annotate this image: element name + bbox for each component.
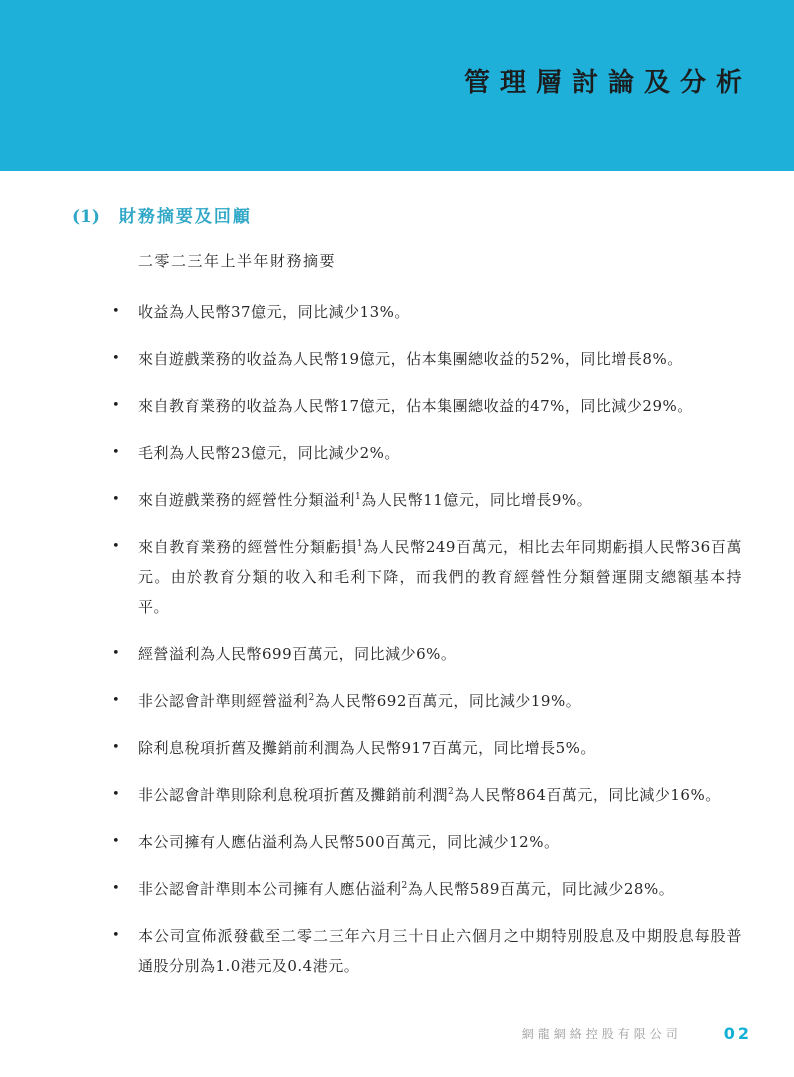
page-title: 管理層討論及分析 — [464, 62, 752, 99]
list-item: •本公司宣佈派發截至二零二三年六月三十日止六個月之中期特別股息及中期股息每股普通… — [110, 921, 742, 981]
list-item: •毛利為人民幣23億元，同比減少2%。 — [110, 438, 742, 468]
bullet-icon: • — [112, 827, 120, 857]
list-item: •本公司擁有人應佔溢利為人民幣500百萬元，同比減少12%。 — [110, 827, 742, 857]
page-footer: 網龍網絡控股有限公司 02 — [522, 1024, 752, 1043]
list-item: •非公認會計準則本公司擁有人應佔溢利2為人民幣589百萬元，同比減少28%。 — [110, 874, 742, 904]
bullet-icon: • — [112, 874, 120, 904]
financial-summary-list: •收益為人民幣37億元，同比減少13%。•來自遊戲業務的收益為人民幣19億元，佔… — [110, 297, 742, 998]
bullet-icon: • — [112, 921, 120, 951]
list-item: •收益為人民幣37億元，同比減少13%。 — [110, 297, 742, 327]
list-item: •除利息稅項折舊及攤銷前利潤為人民幣917百萬元，同比增長5%。 — [110, 733, 742, 763]
bullet-icon: • — [112, 532, 120, 562]
page-number: 02 — [724, 1024, 752, 1043]
list-item: •來自教育業務的收益為人民幣17億元，佔本集團總收益的47%，同比減少29%。 — [110, 391, 742, 421]
list-item: •非公認會計準則除利息稅項折舊及攤銷前利潤2為人民幣864百萬元，同比減少16%… — [110, 780, 742, 810]
header-band: 管理層討論及分析 — [0, 0, 794, 171]
bullet-icon: • — [112, 639, 120, 669]
bullet-icon: • — [112, 780, 120, 810]
report-page: 管理層討論及分析 (1) 財務摘要及回顧 二零二三年上半年財務摘要 •收益為人民… — [0, 0, 794, 1077]
section-heading: (1) 財務摘要及回顧 — [72, 202, 252, 227]
list-item: •非公認會計準則經營溢利2為人民幣692百萬元，同比減少19%。 — [110, 686, 742, 716]
section-title: 財務摘要及回顧 — [119, 202, 252, 227]
subheading: 二零二三年上半年財務摘要 — [138, 250, 336, 271]
bullet-icon: • — [112, 686, 120, 716]
bullet-icon: • — [112, 485, 120, 515]
bullet-icon: • — [112, 344, 120, 374]
bullet-icon: • — [112, 297, 120, 327]
list-item: •來自教育業務的經營性分類虧損1為人民幣249百萬元，相比去年同期虧損人民幣36… — [110, 532, 742, 622]
section-number: (1) — [72, 207, 100, 227]
bullet-icon: • — [112, 438, 120, 468]
bullet-icon: • — [112, 733, 120, 763]
company-name: 網龍網絡控股有限公司 — [522, 1025, 682, 1042]
list-item: •經營溢利為人民幣699百萬元，同比減少6%。 — [110, 639, 742, 669]
list-item: •來自遊戲業務的收益為人民幣19億元，佔本集團總收益的52%，同比增長8%。 — [110, 344, 742, 374]
bullet-icon: • — [112, 391, 120, 421]
list-item: •來自遊戲業務的經營性分類溢利1為人民幣11億元，同比增長9%。 — [110, 485, 742, 515]
